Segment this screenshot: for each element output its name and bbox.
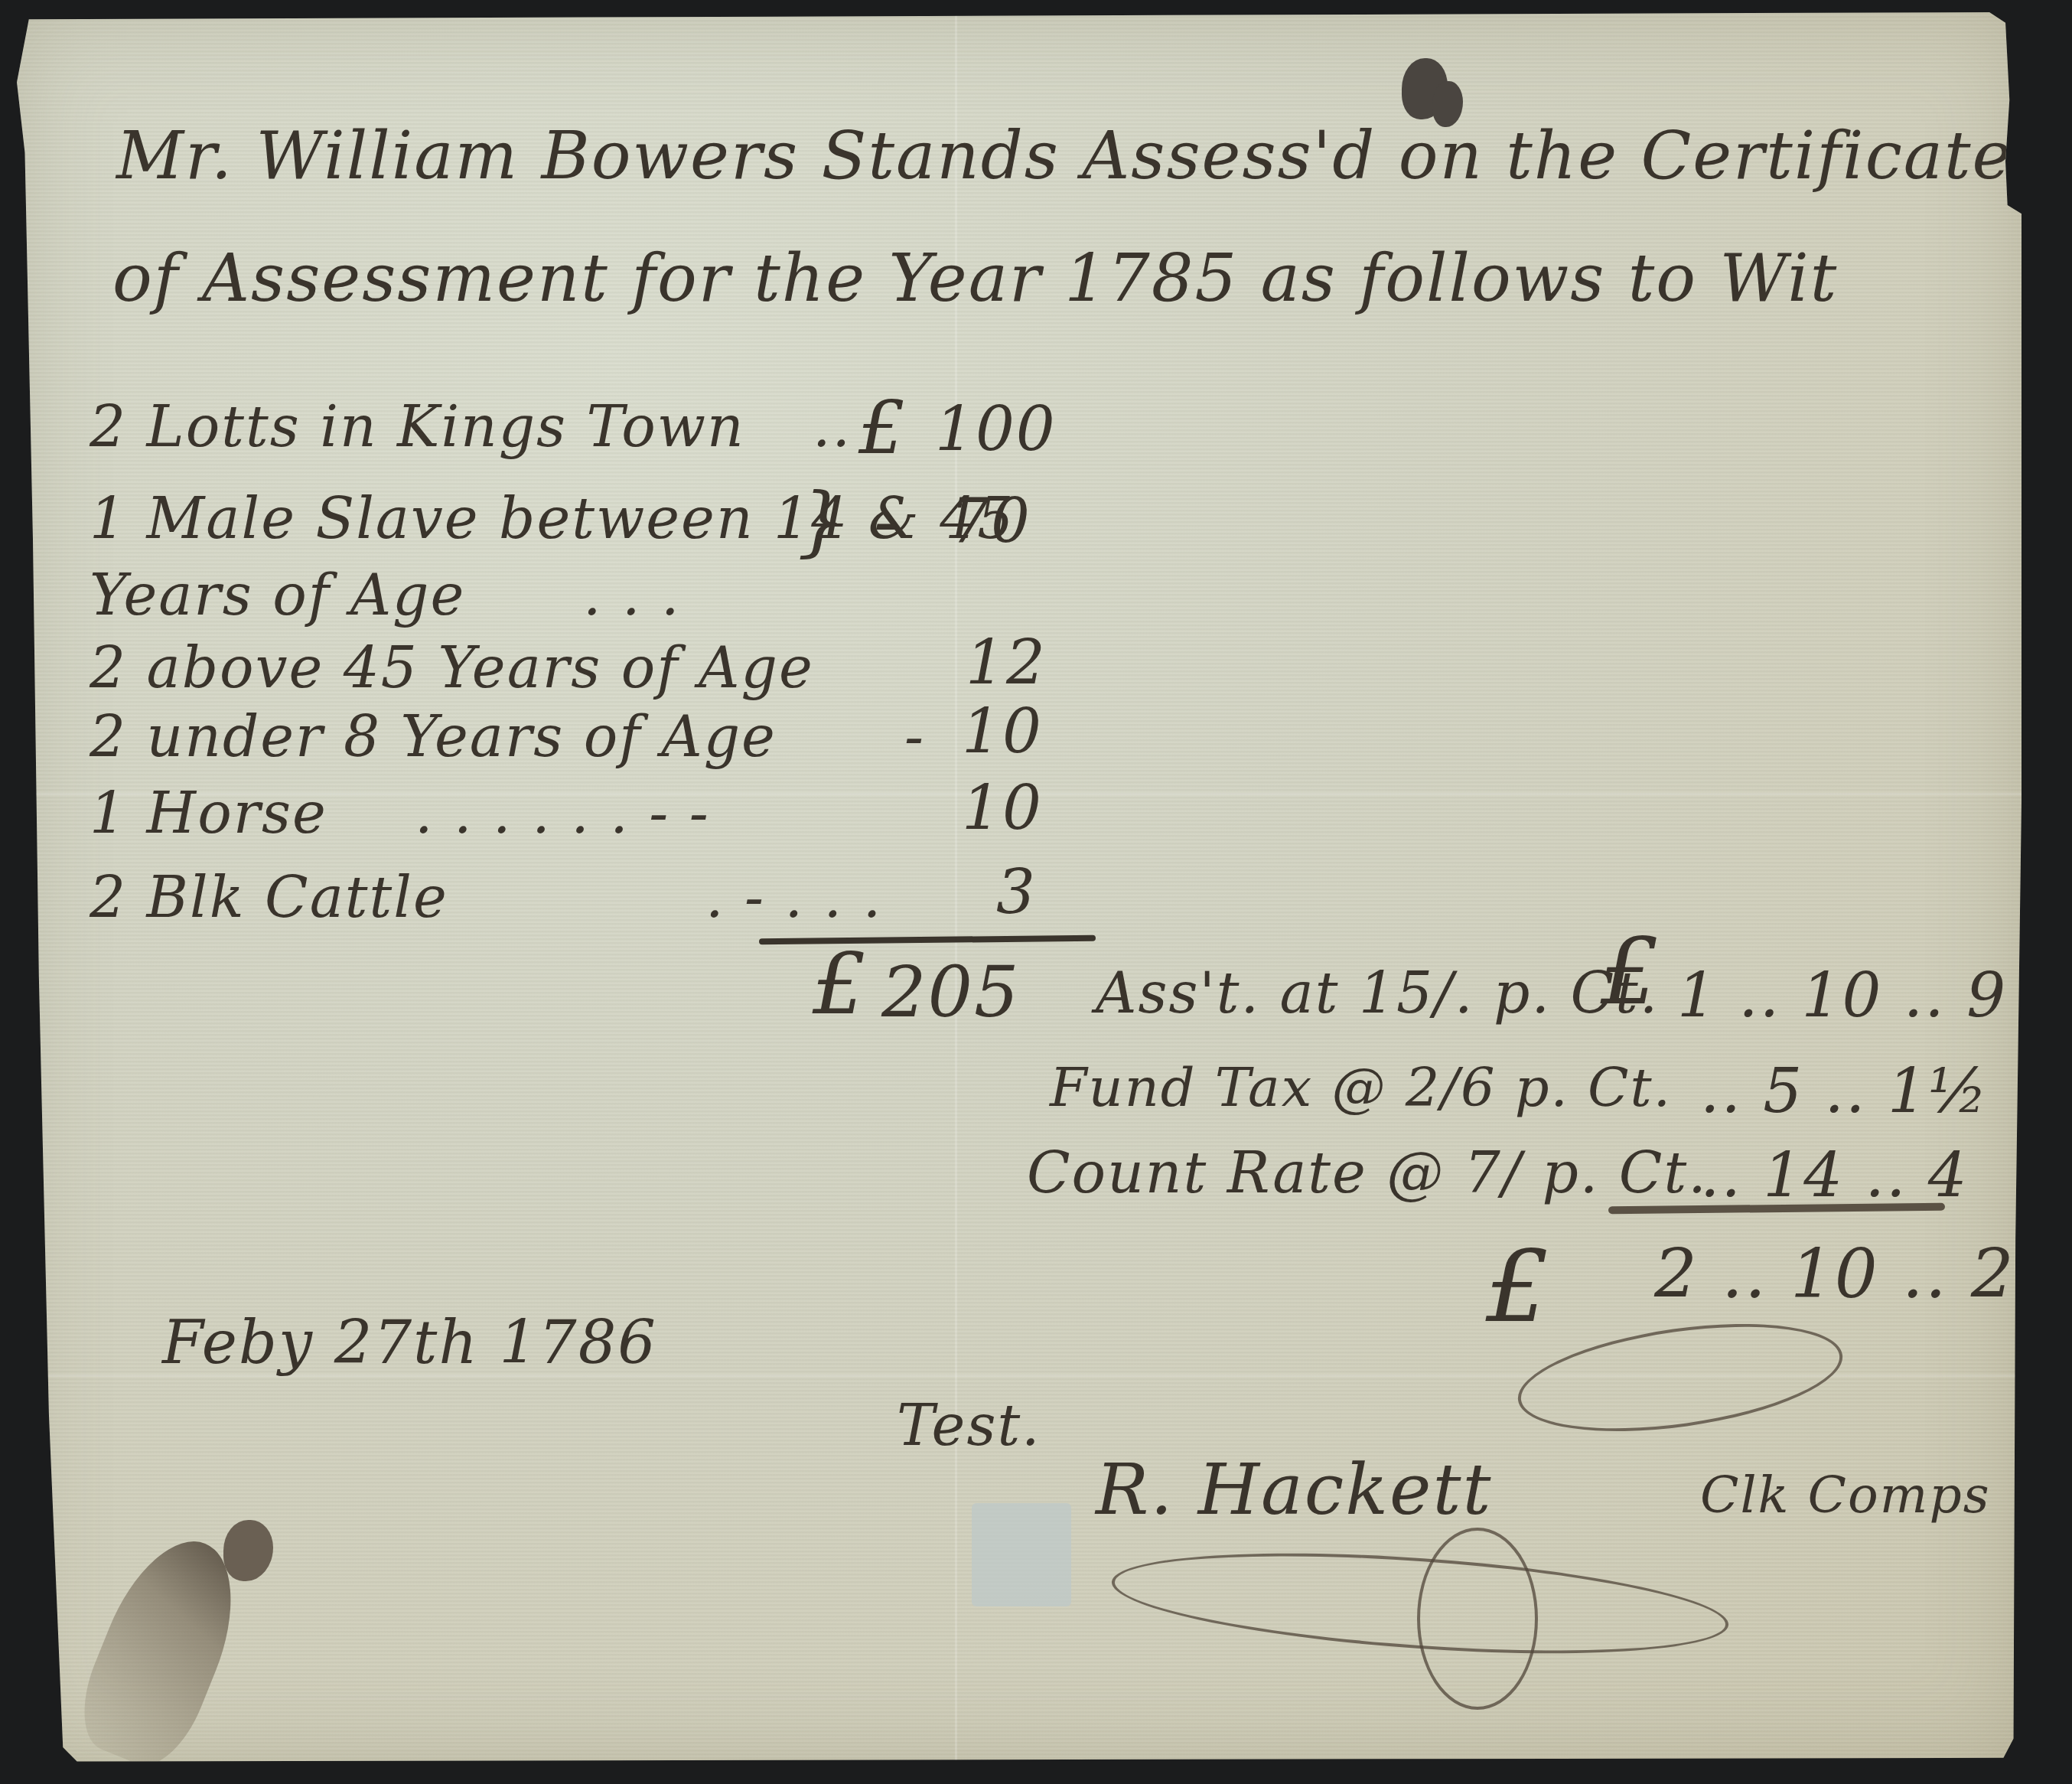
signature-flourish-loop [1417,1528,1538,1710]
calc-value: .. 5 .. 1½ [1700,1061,1989,1122]
item-description: Years of Age [90,567,465,624]
item-leader: . - . . . [705,869,882,926]
scan-background: Mr. William Bowers Stands Assess'd on th… [0,0,2072,1784]
signature: R. Hackett [1096,1455,1493,1525]
calc-pound-sign: £ [1601,927,1660,1019]
item-amount: 10 [962,778,1043,839]
item-description: 2 Blk Cattle [90,869,448,926]
signature-flourish-upper [1511,1306,1849,1449]
calc-value: .. 14 .. 4 [1700,1145,1969,1206]
item-amount: 12 [966,632,1047,693]
total-assessed-amount: 205 [881,957,1021,1028]
attest-label: Test. [897,1398,1041,1454]
item-leader: . . . [583,567,681,624]
calc-value: 1 .. 10 .. 9 [1677,965,2007,1026]
document-date: Feby 27th 1786 [162,1313,657,1373]
item-amount: 70 [950,491,1031,552]
grand-total-value: 2 .. 10 .. 2½ [1654,1241,2072,1308]
item-leader: . . . . . . - - [415,785,710,842]
sum-rule [759,935,1096,945]
calc-label: Count Rate @ 7/ p. Ct. [1027,1145,1708,1202]
total-pound-sign: £ [813,942,868,1026]
grand-total-pound-sign: £ [1486,1237,1551,1336]
item-amount: 3 [996,862,1037,923]
heading-line-2: of Assessment for the Year 1785 as follo… [112,246,1838,311]
paper-repair-patch [972,1503,1071,1606]
ink-spot [223,1520,273,1581]
item-description: 2 Lotts in Kings Town [90,399,745,455]
item-description: 1 Horse [90,785,327,842]
pound-sign: £ [858,391,907,465]
calc-label: Ass't. at 15/. p. Ct. [1096,965,1659,1022]
item-leader: .. [813,399,852,455]
item-description: 2 under 8 Years of Age [90,709,777,765]
document-paper: Mr. William Bowers Stands Assess'd on th… [17,12,2022,1765]
item-leader: } - [797,483,901,559]
item-amount: 10 [962,701,1043,762]
item-description: 2 above 45 Years of Age [90,640,814,696]
calc-label: Fund Tax @ 2/6 p. Ct. [1050,1061,1672,1114]
item-amount: 100 [935,399,1057,460]
signature-title: Clk Comps [1700,1470,1991,1521]
item-leader: - [904,709,925,765]
heading-line-1: Mr. William Bowers Stands Assess'd on th… [116,123,2013,189]
